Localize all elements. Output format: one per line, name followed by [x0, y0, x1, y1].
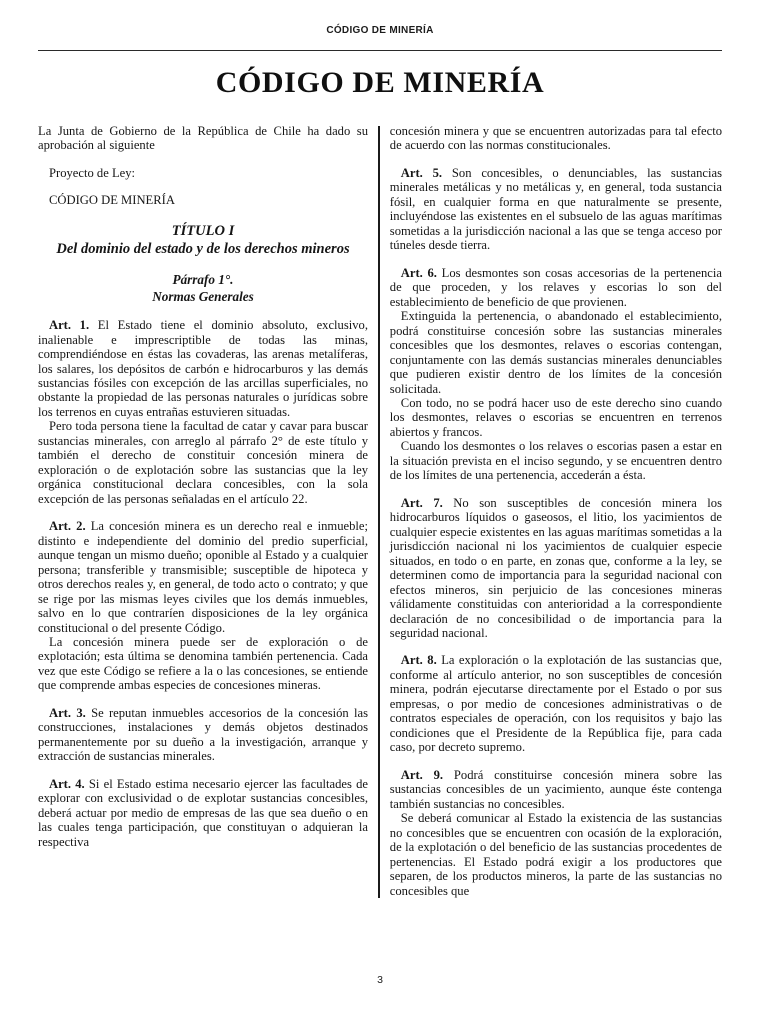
heading-line: Normas Generales [38, 289, 368, 306]
article-number: Art. 3. [49, 706, 91, 720]
document-page: CÓDIGO DE MINERÍA CÓDIGO DE MINERÍA La J… [0, 0, 760, 1013]
article-paragraph: Art. 9. Podrá constituirse concesión min… [390, 768, 722, 811]
heading-line: TÍTULO I [38, 222, 368, 240]
body-paragraph: Pero toda persona tiene la facultad de c… [38, 419, 368, 506]
left-column: La Junta de Gobierno de la República de … [38, 124, 368, 898]
article-paragraph: Art. 4. Si el Estado estima necesario ej… [38, 777, 368, 849]
article-number: Art. 2. [49, 519, 91, 533]
article-paragraph: Art. 1. El Estado tiene el dominio absol… [38, 318, 368, 419]
article-number: Art. 6. [401, 266, 442, 280]
header-rule [38, 50, 722, 51]
heading-line: Del dominio del estado y de los derechos… [38, 240, 368, 258]
body-paragraph: concesión minera y que se encuentren aut… [390, 124, 722, 153]
article-paragraph: Art. 6. Los desmontes son cosas accesori… [390, 266, 722, 309]
section-heading: TÍTULO IDel dominio del estado y de los … [38, 222, 368, 258]
body-paragraph: La concesión minera puede ser de explora… [38, 635, 368, 693]
body-paragraph: Cuando los desmontes o los relaves o esc… [390, 439, 722, 482]
article-number: Art. 4. [49, 777, 89, 791]
section-heading: Párrafo 1°.Normas Generales [38, 272, 368, 305]
body-paragraph: Se deberá comunicar al Estado la existen… [390, 811, 722, 898]
running-header: CÓDIGO DE MINERÍA [0, 25, 760, 36]
article-number: Art. 5. [401, 166, 452, 180]
body-paragraph: Con todo, no se podrá hacer uso de este … [390, 396, 722, 439]
article-paragraph: Art. 2. La concesión minera es un derech… [38, 519, 368, 635]
page-title: CÓDIGO DE MINERÍA [0, 66, 760, 100]
article-number: Art. 9. [401, 768, 454, 782]
article-number: Art. 1. [49, 318, 98, 332]
article-paragraph: Art. 5. Son concesibles, o denunciables,… [390, 166, 722, 253]
body-paragraph: Proyecto de Ley: [38, 166, 368, 180]
article-number: Art. 7. [401, 496, 454, 510]
article-number: Art. 8. [401, 653, 441, 667]
body-paragraph: Extinguida la pertenencia, o abandonado … [390, 309, 722, 396]
body-paragraph: CÓDIGO DE MINERÍA [38, 193, 368, 207]
article-paragraph: Art. 8. La exploración o la explotación … [390, 653, 722, 754]
article-paragraph: Art. 3. Se reputan inmuebles accesorios … [38, 706, 368, 764]
column-divider-rule [378, 126, 380, 898]
page-number: 3 [0, 974, 760, 986]
heading-line: Párrafo 1°. [38, 272, 368, 289]
right-column: concesión minera y que se encuentren aut… [390, 124, 722, 898]
text-columns: La Junta de Gobierno de la República de … [38, 124, 722, 898]
article-paragraph: Art. 7. No son susceptibles de concesión… [390, 496, 722, 641]
body-paragraph: La Junta de Gobierno de la República de … [38, 124, 368, 153]
